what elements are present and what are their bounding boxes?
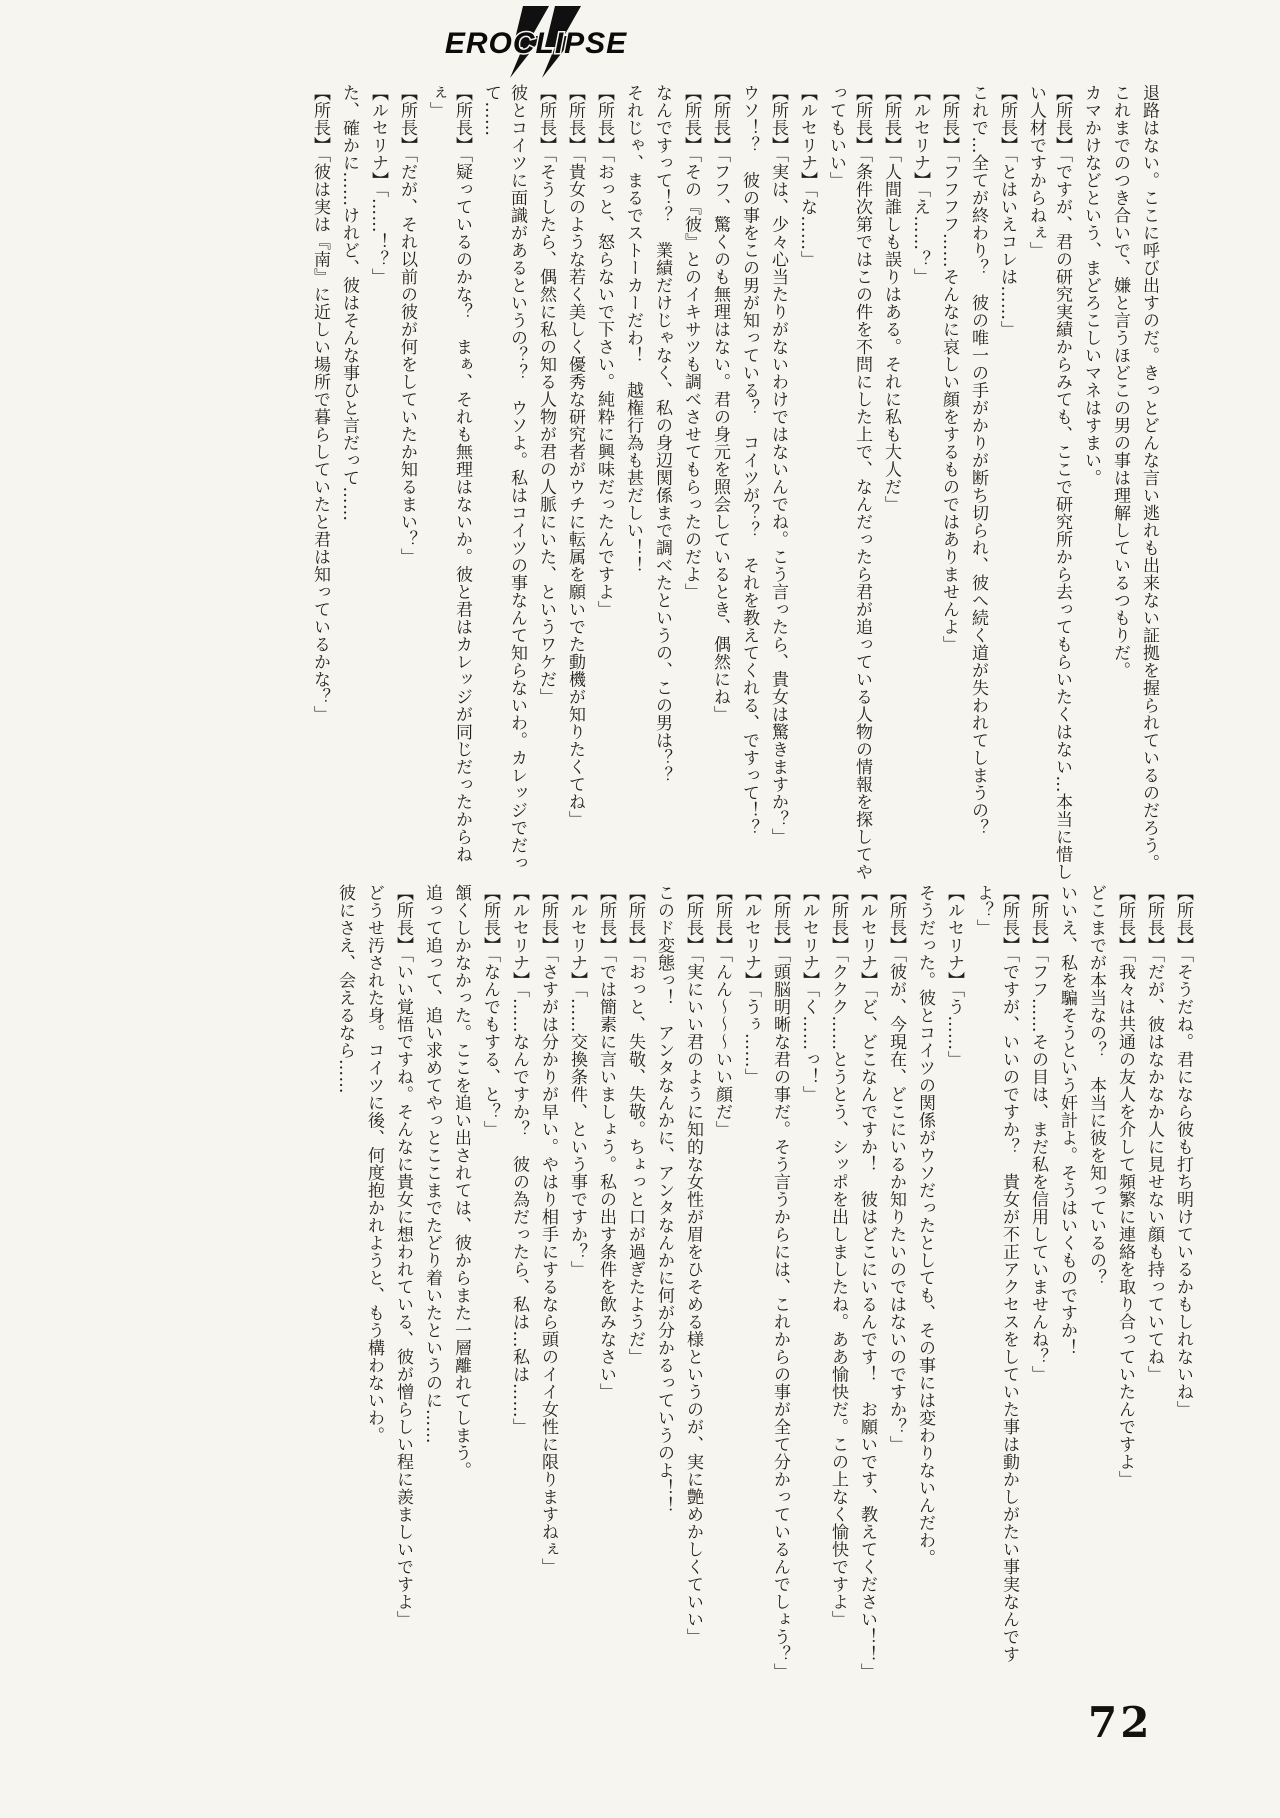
script-line: これまでのつき合いで、嫌と言うほどこの男の事は理解しているつもりだ。 [1107,84,1133,884]
script-line: 【所長】「貴女のような若く美しく優秀な研究者がウチに転属を願いでた動機が知りたく… [562,84,588,884]
script-line: そうだった。彼とコイツの関係がウソだったとしても、その事には変わりないんだわ。 [912,884,938,1702]
script-line: 【所長】「頭脳明晰な君の事だ。そう言うからには、これからの事が全て分かっているん… [767,884,793,1702]
script-line: 【所長】「その『彼』とのイキサツも調べさせてもらったのだよ」 [678,84,704,884]
script-line: どこまでが本当なの？ 本当に彼を知っているの？ [1083,884,1109,1702]
script-line: 【ルセリナ】「うぅ……」 [738,884,764,1702]
script-line: 追って追って、追い求めてやっとここまでたどり着いたというのに…… [419,884,445,1702]
script-line: 【所長】「ですが、君の研究実績からみても、ここで研究所から去ってもらいたくはない… [1023,84,1075,884]
script-text-top-section: 退路はない。ここに呼び出すのだ。きっとどんな言い逃れも出来ない証拠を握られている… [304,84,1162,884]
script-line: 【所長】「実は、少々心当たりがないわけではないんでね。こう言ったら、貴女は驚きま… [765,84,791,884]
logo-graphic: EROCLIPSE [428,6,644,78]
script-line: 【所長】「だが、それ以前の彼が何をしていたか知るまい？」 [394,84,420,884]
script-line: なんですって！？ 業績だけじゃなく、私の身辺関係まで調べたというの、この男は？？ [649,84,675,884]
script-line: 【所長】「ククク……とうとう、シッポを出しましたね。ああ愉快だ。この上なく愉快で… [825,884,851,1702]
script-line: ウソ！？ 彼の事をこの男が知っている？ コイツが？？ それを教えてくれる、ですっ… [736,84,762,884]
script-line: 【ルセリナ】「う……」 [941,884,967,1702]
script-line: 【所長】「実にいい君のように知的な女性が眉をひそめる様というのが、実に艶めかしく… [680,884,706,1702]
script-line: 【所長】「だが、彼はなかなか人に見せない顔も持っていてね」 [1141,884,1167,1702]
script-line: 退路はない。ここに呼び出すのだ。きっとどんな言い逃れも出来ない証拠を握られている… [1136,84,1162,884]
script-line: 【所長】「条件次第ではこの件を不問にした上で、なんだったら君が追っている人物の情… [823,84,875,884]
script-line: 【所長】「では簡素に言いましょう。私の出す条件を飲みなさい」 [593,884,619,1702]
script-line: 【所長】「んん～～～いい顔だ」 [709,884,735,1702]
script-line: 【所長】「彼は実は『南』に近しい場所で暮らしていたと君は知っているかな？」 [307,84,333,884]
script-line: 【ルセリナ】「……！？」 [365,84,391,884]
script-line: 【所長】「フフ……その目は、まだ私を信用していませんね？」 [1025,884,1051,1702]
script-line: 【所長】「ですが、いいのですか？ 貴女が不正アクセスをしていた事は動かしがたい事… [970,884,1022,1702]
script-line: いいえ、私を騙そうという奸計よ。そうはいくものですか！ [1054,884,1080,1702]
script-line: 【所長】「フフフフ……そんなに哀しい顔をするものではありませんよ」 [936,84,962,884]
script-line: これで…全てが終わり？ 彼の唯一の手がかりが断ち切られ、彼へ続く道が失われてしま… [965,84,991,884]
script-line: 【所長】「いい覚悟ですね。そんなに貴女に想われている、彼が憎らしい程に羨ましいで… [390,884,416,1702]
script-line: 【所長】「そうしたら、偶然に私の知る人物が君の人脈にいた、というワケだ」 [533,84,559,884]
script-line: それじゃ、まるでストーカーだわ！ 越権行為も甚だしい！！ [620,84,646,884]
script-line: 【所長】「フフ、驚くのも無理はない。君の身元を照会しているとき、偶然にね」 [707,84,733,884]
page-number: 72 [1088,1698,1152,1747]
script-line: 【ルセリナ】「え……？」 [907,84,933,884]
script-line: 【所長】「そうだね。君になら彼も打ち明けているかもしれないね」 [1170,884,1196,1702]
logo-text: EROCLIPSE [445,27,627,60]
script-line: 【所長】「おっと、失敬、失敬。ちょっと口が過ぎたようだ」 [622,884,648,1702]
script-line: 【所長】「なんでもする、と？」 [477,884,503,1702]
script-line: カマかけなどという、まどろこしいマネはすまい。 [1078,84,1104,884]
script-line: 【所長】「我々は共通の友人を介して頻繁に連絡を取り合っていたんですよ」 [1112,884,1138,1702]
script-line: 【所長】「彼が、今現在、どこにいるか知りたいのではないのですか？」 [883,884,909,1702]
script-line: 【所長】「疑っているのかな？ まぁ、それも無理はないか。彼と君はカレッジが同じだ… [423,84,475,884]
script-line: 彼とコイツに面識があるというの？？ ウソよ。私はコイツの事なんて知らないわ。カレ… [478,84,530,884]
script-line: このド変態っ！ アンタなんかに、アンタなんかに何が分かるっていうのよ！！ [651,884,677,1702]
script-line: 【所長】「おっと、怒らないで下さい。純粋に興味だったんですよ」 [591,84,617,884]
script-line: 【ルセリナ】「ど、どこなんですか！ 彼はどこにいるんです！ お願いです、教えてく… [854,884,880,1702]
script-line: どうせ汚された身。コイツに後、何度抱かれようと、もう構わないわ。 [361,884,387,1702]
script-line: 【ルセリナ】「く……っ！」 [796,884,822,1702]
script-line: 彼にさえ、会えるなら…… [332,884,358,1702]
script-line: 頷くしかなかった。ここを追い出されては、彼からまた一層離れてしまう。 [448,884,474,1702]
eroclipse-logo: EROCLIPSE [428,6,644,78]
script-text-bottom-section: 【所長】「そうだね。君になら彼も打ち明けているかもしれないね」【所長】「だが、彼… [329,884,1196,1702]
script-line: 【所長】「人間誰しも誤りはある。それに私も大人だ」 [878,84,904,884]
scanned-script-page: EROCLIPSE 退路はない。ここに呼び出すのだ。きっとどんな言い逃れも出来な… [0,0,1280,1818]
script-line: 【所長】「さすがは分かりが早い。やはり相手にするなら頭のイイ女性に限りますねぇ」 [535,884,561,1702]
script-line: 【ルセリナ】「……交換条件、という事ですか？」 [564,884,590,1702]
script-line: 【ルセリナ】「……なんですか？ 彼の為だったら、私は…私は……」 [506,884,532,1702]
script-line: 【所長】「とはいえコレは……」 [994,84,1020,884]
script-line: た、確かに……けれど、彼はそんな事ひと言だって…… [336,84,362,884]
script-line: 【ルセリナ】「な……」 [794,84,820,884]
